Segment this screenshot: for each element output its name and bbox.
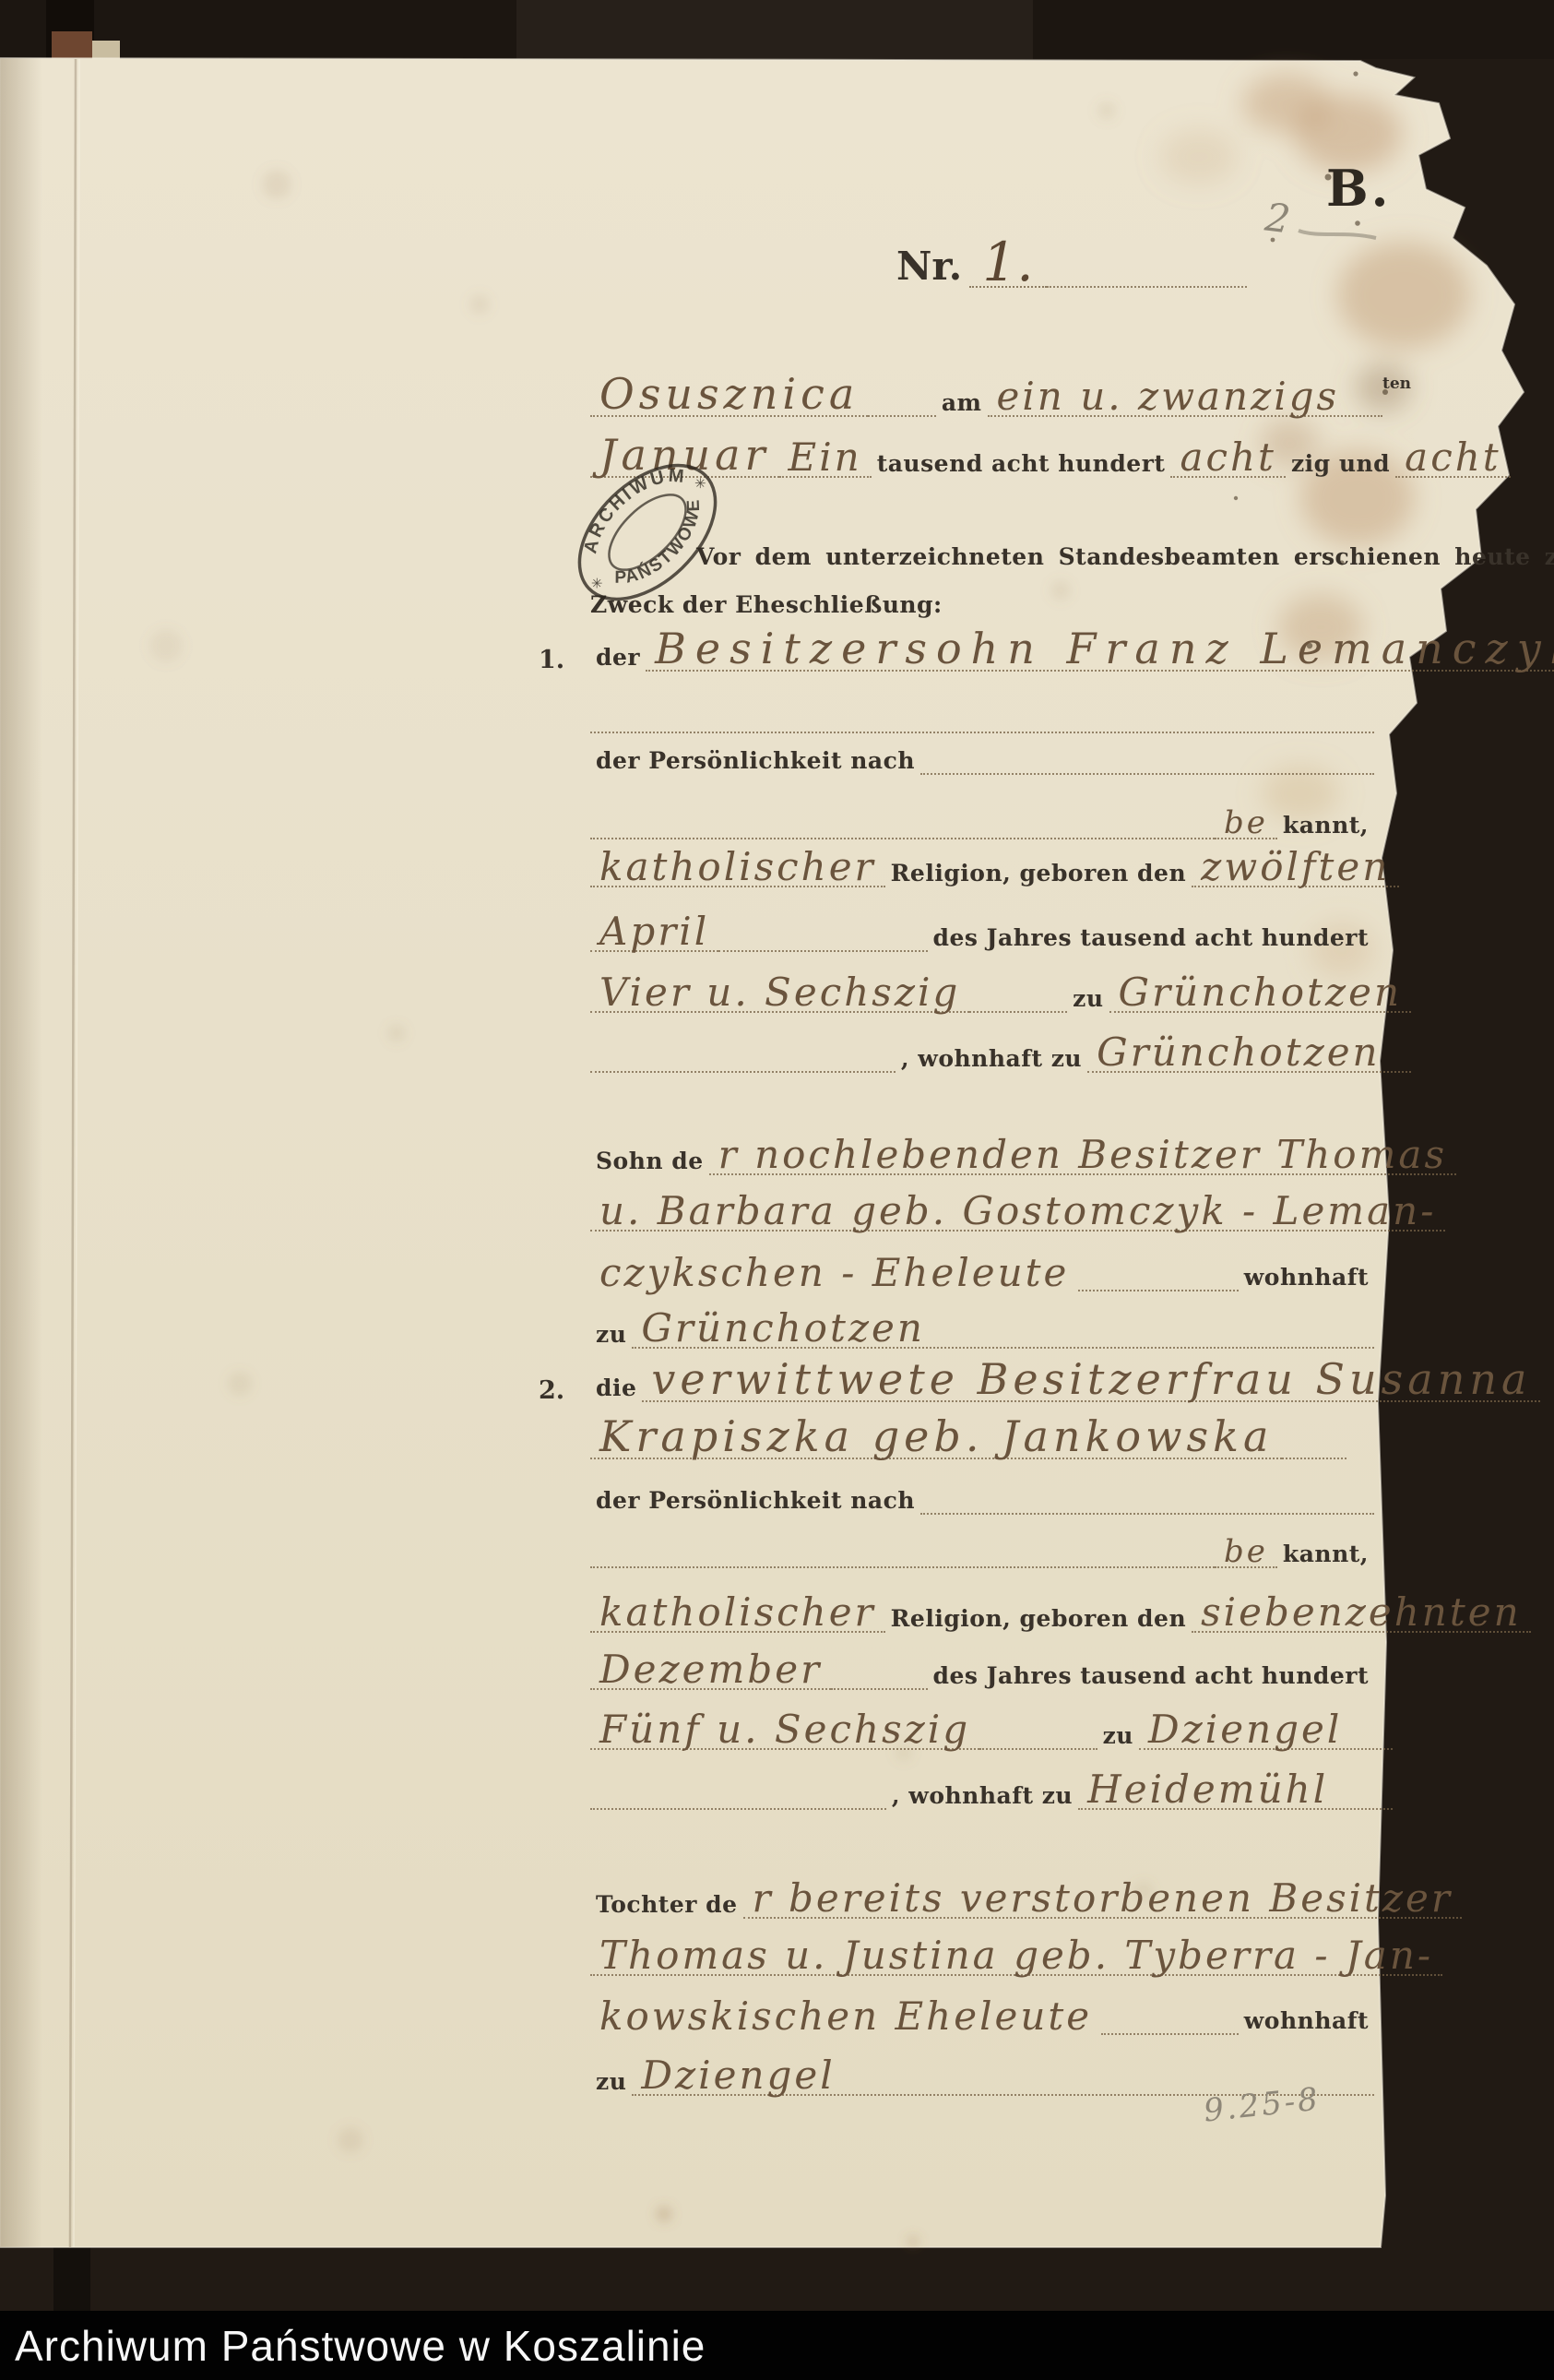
spine-leather [52,31,92,59]
paper-sheet [0,58,1524,2247]
archival-document-scan: B. Nr. 1. 2 Osusznica am ein u. zwanzigs… [0,0,1554,2380]
page-background [0,0,1554,2380]
archive-stamp-icon: ARCHIWUM PAŃSTWOWE ✳ ✳ [546,454,758,629]
top-strip-light [516,0,1033,59]
archive-stamp: ARCHIWUM PAŃSTWOWE ✳ ✳ [546,454,758,629]
page-edge-sliver [92,41,120,59]
archive-name: Archiwum Państwowe w Koszalinie [15,2321,706,2371]
left-edge-shade [0,58,42,2247]
archive-watermark-bar: Archiwum Państwowe w Koszalinie [0,2311,1554,2380]
